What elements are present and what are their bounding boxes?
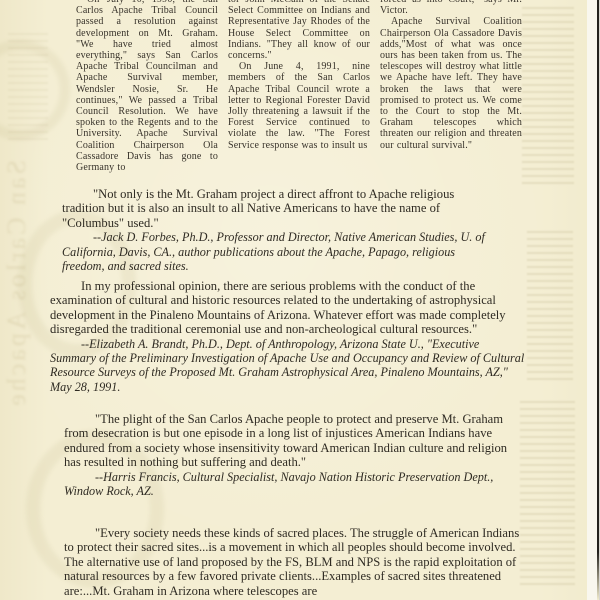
quote-block-francis: "The plight of the San Carlos Apache peo… — [64, 412, 512, 498]
scan-edge-light-strip — [587, 0, 597, 600]
quote-attribution: --Jack D. Forbes, Ph.D., Professor and D… — [62, 230, 486, 273]
quote-block-sacred-places: "Every society needs these kinds of sacr… — [64, 526, 532, 598]
scanned-page: San Carlos Apache On July 10, 1990, the … — [0, 0, 600, 600]
quote-text: In my professional opinion, there are se… — [50, 279, 528, 337]
news-columns-section: On July 10, 1990, the San Carlos Apache … — [76, 0, 522, 173]
quote-attribution: --Harris Francis, Cultural Specialist, N… — [64, 470, 512, 499]
news-paragraph: On July 10, 1990, the San Carlos Apache … — [76, 0, 218, 173]
quote-text: "Not only is the Mt. Graham project a di… — [62, 187, 486, 230]
bleedthrough-lines — [522, 4, 574, 184]
bleedthrough-lines — [527, 230, 573, 380]
quote-block-forbes: "Not only is the Mt. Graham project a di… — [62, 187, 486, 273]
news-column-2: tor John McCain of the Senate Select Com… — [228, 0, 370, 173]
quote-block-brandt: In my professional opinion, there are se… — [50, 279, 528, 394]
news-paragraph: Apache Survival Coalition Chairperson Ol… — [380, 16, 522, 150]
quote-attribution: --Elizabeth A. Brandt, Ph.D., Dept. of A… — [50, 337, 528, 395]
quote-text: "Every society needs these kinds of sacr… — [64, 526, 532, 598]
news-paragraph: tor John McCain of the Senate Select Com… — [228, 0, 370, 61]
quote-text: "The plight of the San Carlos Apache peo… — [64, 412, 512, 470]
news-paragraph: On June 4, 1991, nine members of the San… — [228, 61, 370, 151]
bleedthrough-lines — [8, 30, 48, 140]
news-column-3: forced us into Court," says Mr. Victor. … — [380, 0, 522, 173]
news-column-1: On July 10, 1990, the San Carlos Apache … — [76, 0, 218, 173]
news-paragraph: forced us into Court," says Mr. Victor. — [380, 0, 522, 16]
